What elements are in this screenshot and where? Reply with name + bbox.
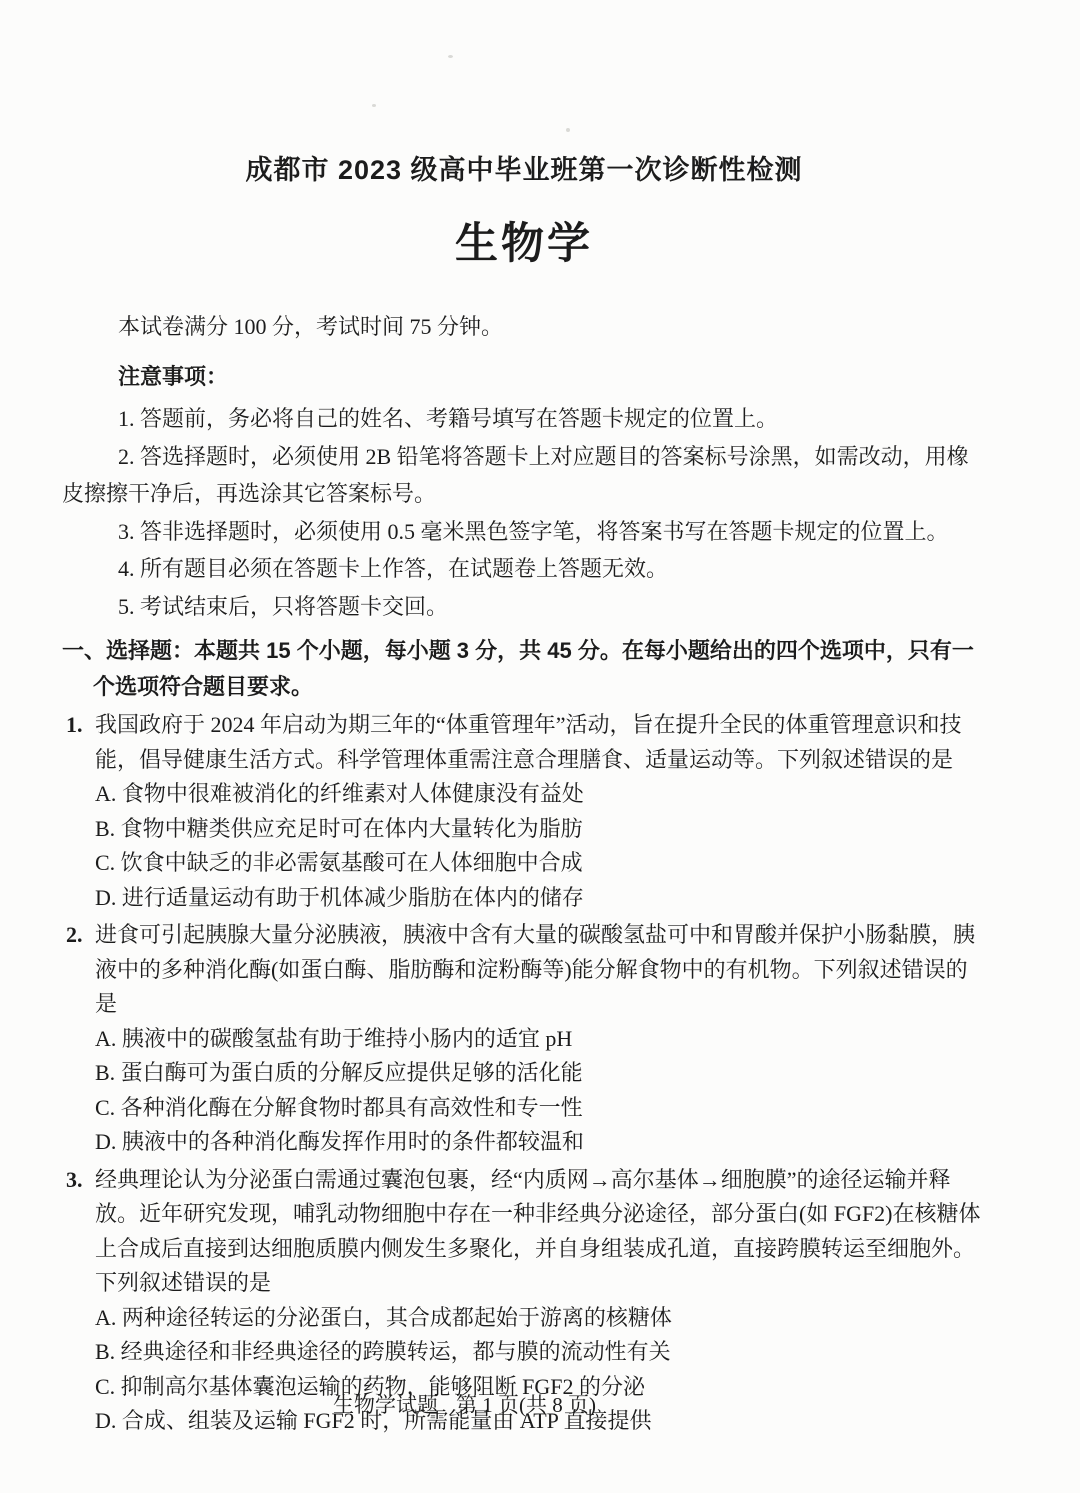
question-3-option-a: A. 两种途径转运的分泌蛋白，其合成都起始于游离的核糖体 — [95, 1301, 986, 1336]
notice-item-3: 3. 答非选择题时，必须使用 0.5 毫米黑色签字笔，将答案书写在答题卡规定的位… — [62, 513, 986, 551]
section-heading-choice: 一、选择题：本题共 15 个小题，每小题 3 分，共 45 分。在每小题给出的四… — [62, 633, 986, 705]
question-1-option-b: B. 食物中糖类供应充足时可在体内大量转化为脂肪 — [95, 812, 986, 847]
question-2: 2. 进食可引起胰腺大量分泌胰液，胰液中含有大量的碳酸氢盐可中和胃酸并保护小肠黏… — [62, 918, 986, 1160]
notice-item-5: 5. 考试结束后，只将答题卡交回。 — [62, 588, 986, 626]
question-1-stem: 我国政府于 2024 年启动为期三年的“体重管理年”活动，旨在提升全民的体重管理… — [95, 708, 986, 777]
subject-title: 生物学 — [62, 216, 986, 272]
question-2-number: 2. — [66, 918, 83, 953]
notice-item-4: 4. 所有题目必须在答题卡上作答，在试题卷上答题无效。 — [62, 550, 986, 588]
notice-item-1: 1. 答题前，务必将自己的姓名、考籍号填写在答题卡规定的位置上。 — [62, 400, 986, 438]
question-2-option-d: D. 胰液中的各种消化酶发挥作用时的条件都较温和 — [95, 1125, 986, 1160]
footer-doc-label: 生物学试题 — [333, 1393, 438, 1417]
question-1-option-c: C. 饮食中缺乏的非必需氨基酸可在人体细胞中合成 — [95, 846, 986, 881]
page-content: 成都市 2023 级高中毕业班第一次诊断性检测 生物学 本试卷满分 100 分，… — [62, 150, 986, 1439]
scan-artifact — [448, 55, 453, 58]
page-footer: 生物学试题第 1 页(共 8 页) — [333, 1392, 596, 1418]
page-title: 成都市 2023 级高中毕业班第一次诊断性检测 — [62, 150, 986, 190]
question-2-option-b: B. 蛋白酶可为蛋白质的分解反应提供足够的活化能 — [95, 1056, 986, 1091]
question-3-stem: 经典理论认为分泌蛋白需通过囊泡包裹，经“内质网→高尔基体→细胞膜”的途径运输并释… — [95, 1163, 986, 1301]
footer-page-number: 第 1 页(共 8 页) — [456, 1393, 596, 1417]
notice-heading: 注意事项： — [118, 362, 986, 392]
question-2-option-a: A. 胰液中的碳酸氢盐有助于维持小肠内的适宜 pH — [95, 1022, 986, 1057]
question-3-option-b: B. 经典途径和非经典途径的跨膜转运，都与膜的流动性有关 — [95, 1335, 986, 1370]
question-2-option-c: C. 各种消化酶在分解食物时都具有高效性和专一性 — [95, 1091, 986, 1126]
notice-list: 1. 答题前，务必将自己的姓名、考籍号填写在答题卡规定的位置上。 2. 答选择题… — [62, 400, 986, 625]
question-1-option-a: A. 食物中很难被消化的纤维素对人体健康没有益处 — [95, 777, 986, 812]
question-1-option-d: D. 进行适量运动有助于机体减少脂肪在体内的储存 — [95, 881, 986, 916]
question-2-stem: 进食可引起胰腺大量分泌胰液，胰液中含有大量的碳酸氢盐可中和胃酸并保护小肠黏膜，胰… — [95, 918, 986, 1022]
scan-artifact — [566, 128, 570, 132]
exam-paper-page: 成都市 2023 级高中毕业班第一次诊断性检测 生物学 本试卷满分 100 分，… — [0, 0, 1080, 1493]
question-1: 1. 我国政府于 2024 年启动为期三年的“体重管理年”活动，旨在提升全民的体… — [62, 708, 986, 915]
exam-info: 本试卷满分 100 分，考试时间 75 分钟。 — [118, 312, 986, 342]
scan-artifact — [372, 104, 376, 107]
question-1-number: 1. — [66, 708, 83, 743]
notice-item-2: 2. 答选择题时，必须使用 2B 铅笔将答题卡上对应题目的答案标号涂黑，如需改动… — [62, 438, 986, 513]
question-3-number: 3. — [66, 1163, 83, 1198]
